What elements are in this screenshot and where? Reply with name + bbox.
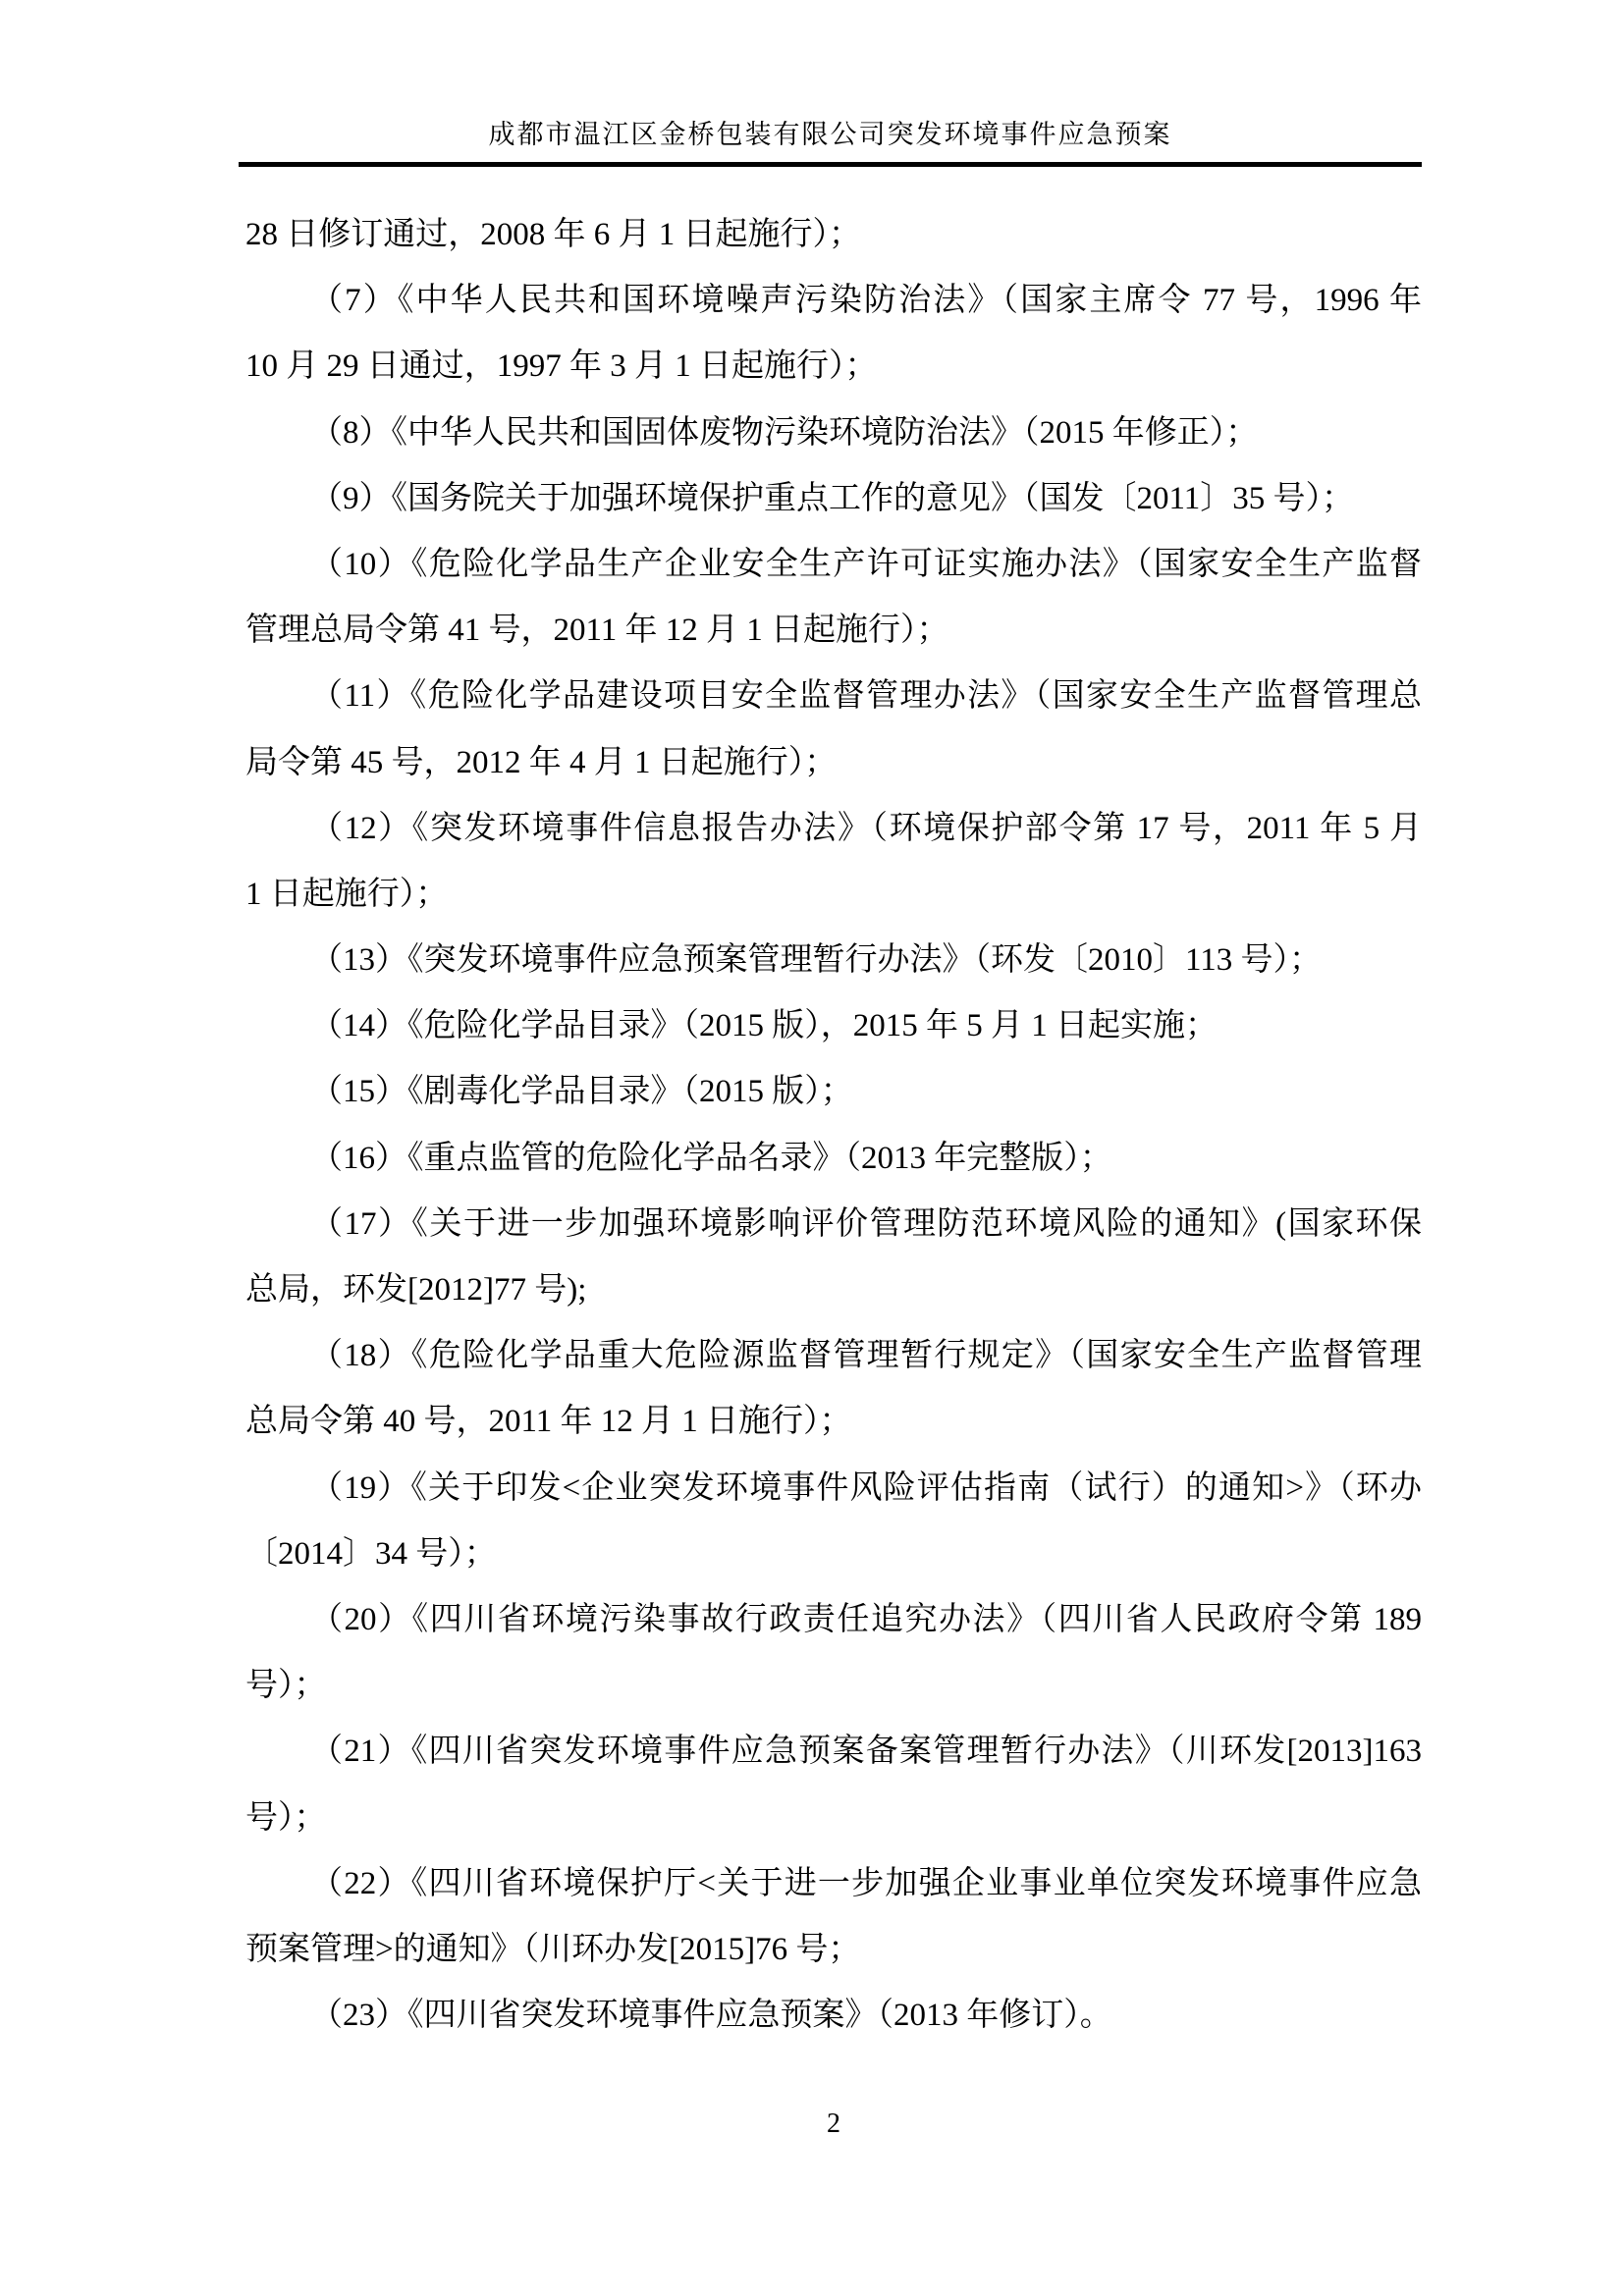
document-line: 总局令第 40 号，2011 年 12 月 1 日施行）； <box>245 1389 1422 1455</box>
document-line: （23）《四川省突发环境事件应急预案》（2013 年修订）。 <box>245 1983 1422 2049</box>
document-line: 〔2014〕34 号）； <box>245 1522 1422 1587</box>
document-line: 总局，环发[2012]77 号); <box>245 1257 1422 1323</box>
document-line: （13）《突发环境事件应急预案管理暂行办法》（环发〔2010〕113 号）； <box>245 928 1422 993</box>
document-page: 成都市温江区金桥包装有限公司突发环境事件应急预案 28 日修订通过，2008 年… <box>0 0 1624 2296</box>
document-line: （21）《四川省突发环境事件应急预案备案管理暂行办法》（川环发[2013]163 <box>245 1719 1422 1785</box>
document-line: （16）《重点监管的危险化学品名录》（2013 年完整版）； <box>245 1126 1422 1192</box>
document-line: 预案管理>的通知》（川环办发[2015]76 号； <box>245 1917 1422 1983</box>
document-line: 号）； <box>245 1786 1422 1851</box>
document-line: （22）《四川省环境保护厅<关于进一步加强企业事业单位突发环境事件应急 <box>245 1851 1422 1917</box>
document-line: 号）； <box>245 1653 1422 1719</box>
document-line: （9）《国务院关于加强环境保护重点工作的意见》（国发〔2011〕35 号）； <box>245 466 1422 532</box>
document-line: （8）《中华人民共和国固体废物污染环境防治法》（2015 年修正）； <box>245 400 1422 466</box>
document-body: 28 日修订通过，2008 年 6 月 1 日起施行）；（7）《中华人民共和国环… <box>245 202 1422 2049</box>
page-header: 成都市温江区金桥包装有限公司突发环境事件应急预案 <box>239 0 1422 169</box>
document-line: （17）《关于进一步加强环境影响评价管理防范环境风险的通知》(国家环保 <box>245 1192 1422 1257</box>
document-line: （11）《危险化学品建设项目安全监督管理办法》（国家安全生产监督管理总 <box>245 664 1422 729</box>
document-line: 管理总局令第 41 号，2011 年 12 月 1 日起施行）； <box>245 598 1422 664</box>
document-line: （10）《危险化学品生产企业安全生产许可证实施办法》（国家安全生产监督 <box>245 532 1422 598</box>
document-line: 28 日修订通过，2008 年 6 月 1 日起施行）； <box>245 202 1422 268</box>
document-line: （12）《突发环境事件信息报告办法》（环境保护部令第 17 号，2011 年 5… <box>245 796 1422 862</box>
document-line: （15）《剧毒化学品目录》（2015 版）； <box>245 1059 1422 1125</box>
document-line: （7）《中华人民共和国环境噪声污染防治法》（国家主席令 77 号，1996 年 <box>245 268 1422 334</box>
document-line: 局令第 45 号，2012 年 4 月 1 日起施行）； <box>245 730 1422 796</box>
page-number: 2 <box>827 2109 840 2139</box>
page-footer: 2 <box>245 2109 1422 2140</box>
document-line: （18）《危险化学品重大危险源监督管理暂行规定》（国家安全生产监督管理 <box>245 1323 1422 1389</box>
document-line: （19）《关于印发<企业突发环境事件风险评估指南（试行）的通知>》（环办 <box>245 1456 1422 1522</box>
header-rule <box>239 162 1422 167</box>
document-line: 10 月 29 日通过，1997 年 3 月 1 日起施行）； <box>245 334 1422 400</box>
document-line: （20）《四川省环境污染事故行政责任追究办法》（四川省人民政府令第 189 <box>245 1587 1422 1653</box>
header-title: 成都市温江区金桥包装有限公司突发环境事件应急预案 <box>239 113 1422 151</box>
document-line: 1 日起施行）； <box>245 862 1422 928</box>
document-line: （14）《危险化学品目录》（2015 版），2015 年 5 月 1 日起实施； <box>245 993 1422 1059</box>
